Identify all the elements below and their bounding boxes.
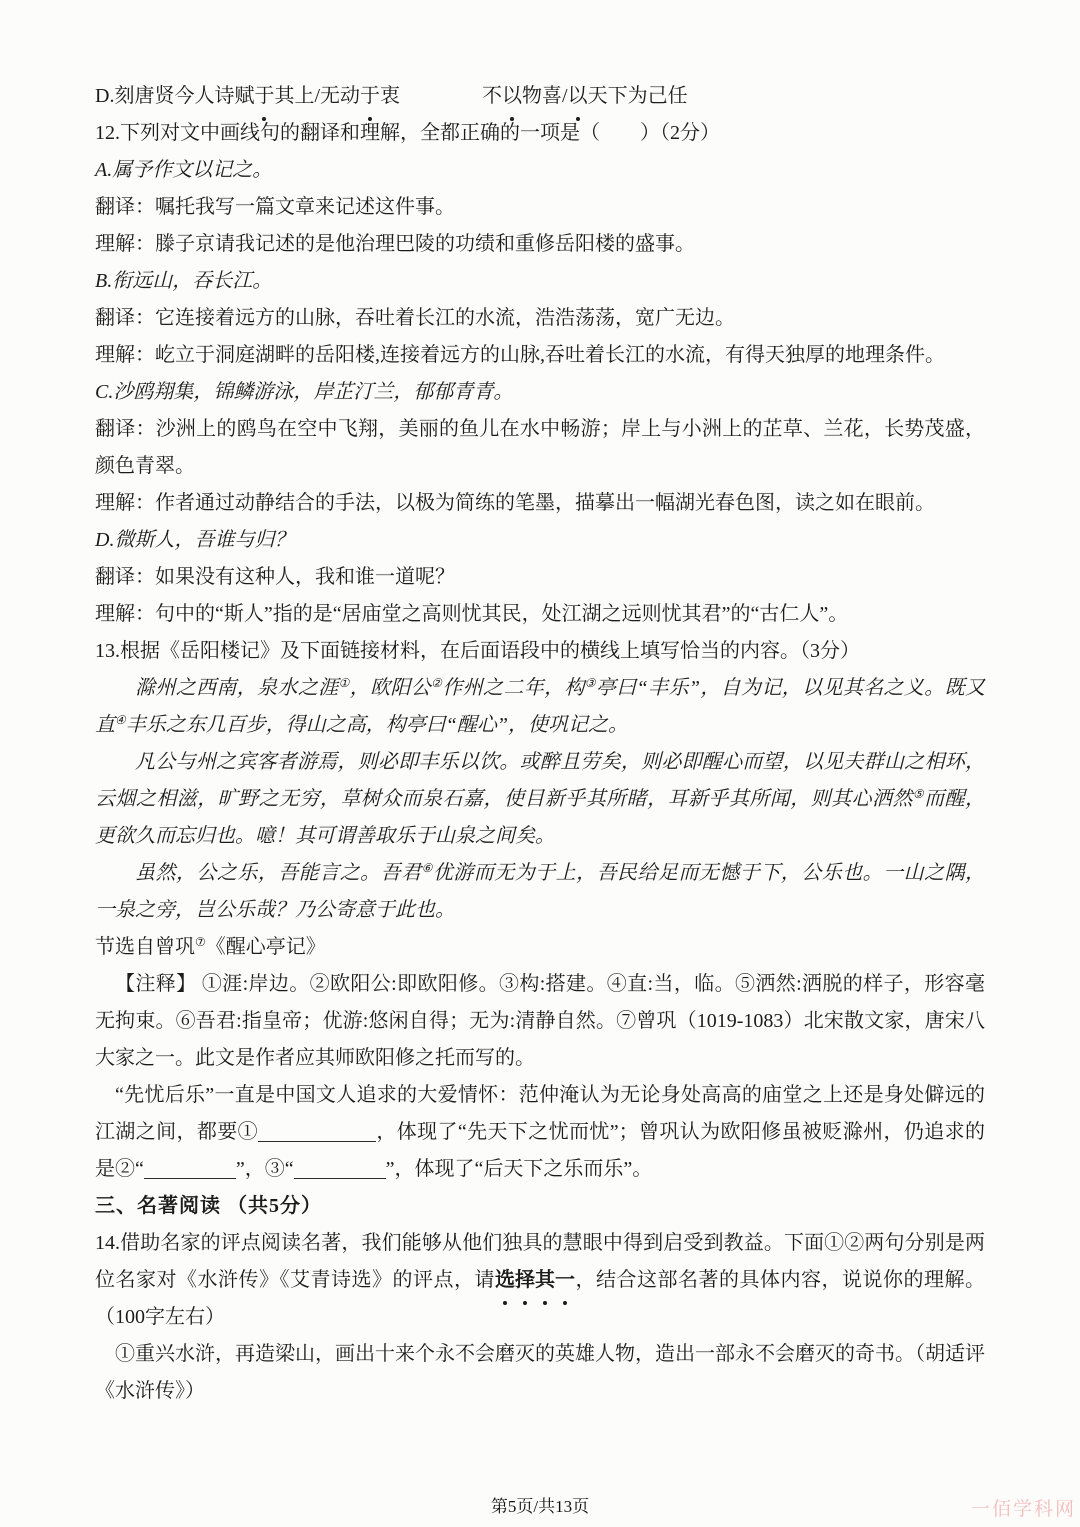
q13-passage-paragraph-1: 滁州之西南，泉水之涯①，欧阳公②作州之二年，构③亭曰“丰乐”，自为记，以见其名之… [95,670,985,744]
q14-quote-1: ①重兴水浒，再造梁山，画出十来个永不会磨灭的英雄人物，造出一部永不会磨灭的奇书。… [95,1336,985,1410]
section3-title: 三、名著阅读 （共5分） [95,1188,985,1225]
q11-option-d-line: D.刻唐贤今人诗赋于其上/无动于衷不以物喜/以天下为己任 [95,78,985,115]
q13-footnotes: 【注释】 ①涯:岸边。②欧阳公:即欧阳修。③构:搭建。④直:当，临。⑤洒然:洒脱… [95,966,985,1077]
page-number-footer: 第5页/共13页 [0,1492,1080,1517]
exam-content: D.刻唐贤今人诗赋于其上/无动于衷不以物喜/以天下为己任 12.下列对文中画线句… [95,78,985,1410]
q12-option-a-sentence: A.属予作文以记之。 [95,152,985,189]
q12-option-b-interpretation: 理解：屹立于洞庭湖畔的岳阳楼,连接着远方的山脉,吞吐着长江的水流，有得天独厚的地… [95,337,985,374]
q12-option-d-interpretation: 理解：句中的“斯人”指的是“居庙堂之高则忧其民，处江湖之远则忧其君”的“古仁人”… [95,596,985,633]
q12-option-c-translation: 翻译：沙洲上的鸥鸟在空中飞翔，美丽的鱼儿在水中畅游；岸上与小洲上的芷草、兰花，长… [95,411,985,485]
q13-cloze-paragraph: “先忧后乐”一直是中国文人追求的大爱情怀：范仲淹认为无论身处高高的庙堂之上还是身… [95,1077,985,1188]
q12-option-b-translation: 翻译：它连接着远方的山脉，吞吐着长江的水流，浩浩荡荡，宽广无边。 [95,300,985,337]
q13-passage-source: 节选自曾巩⑦《醒心亭记》 [95,929,985,966]
q12-stem: 12.下列对文中画线句的翻译和理解，全都正确的一项是（ ）（2分） [95,115,985,152]
q14-stem: 14.借助名家的评点阅读名著，我们能够从他们独具的慧眼中得到启受到教益。下面①②… [95,1225,985,1336]
q13-passage-paragraph-3: 虽然，公之乐，吾能言之。吾君⑥优游而无为于上，吾民给足而无憾于下，公乐也。一山之… [95,855,985,929]
site-watermark: 一佰学科网 [971,1494,1076,1521]
q13-stem: 13.根据《岳阳楼记》及下面链接材料，在后面语段中的横线上填写恰当的内容。（3分… [95,633,985,670]
q12-option-a-translation: 翻译：嘱托我写一篇文章来记述这件事。 [95,189,985,226]
q12-option-d-sentence: D.微斯人，吾谁与归？ [95,522,985,559]
q12-option-c-interpretation: 理解：作者通过动静结合的手法，以极为简练的笔墨，描摹出一幅湖光春色图，读之如在眼… [95,485,985,522]
q12-option-c-sentence: C.沙鸥翔集，锦鳞游泳，岸芷汀兰，郁郁青青。 [95,374,985,411]
q12-option-d-translation: 翻译：如果没有这种人，我和谁一道呢？ [95,559,985,596]
q13-passage-paragraph-2: 凡公与州之宾客者游焉，则必即丰乐以饮。或醉且劳矣，则必即醒心而望，以见夫群山之相… [95,744,985,855]
exam-page: D.刻唐贤今人诗赋于其上/无动于衷不以物喜/以天下为己任 12.下列对文中画线句… [0,0,1080,1527]
q12-option-b-sentence: B.衔远山，吞长江。 [95,263,985,300]
q12-option-a-interpretation: 理解：滕子京请我记述的是他治理巴陵的功绩和重修岳阳楼的盛事。 [95,226,985,263]
